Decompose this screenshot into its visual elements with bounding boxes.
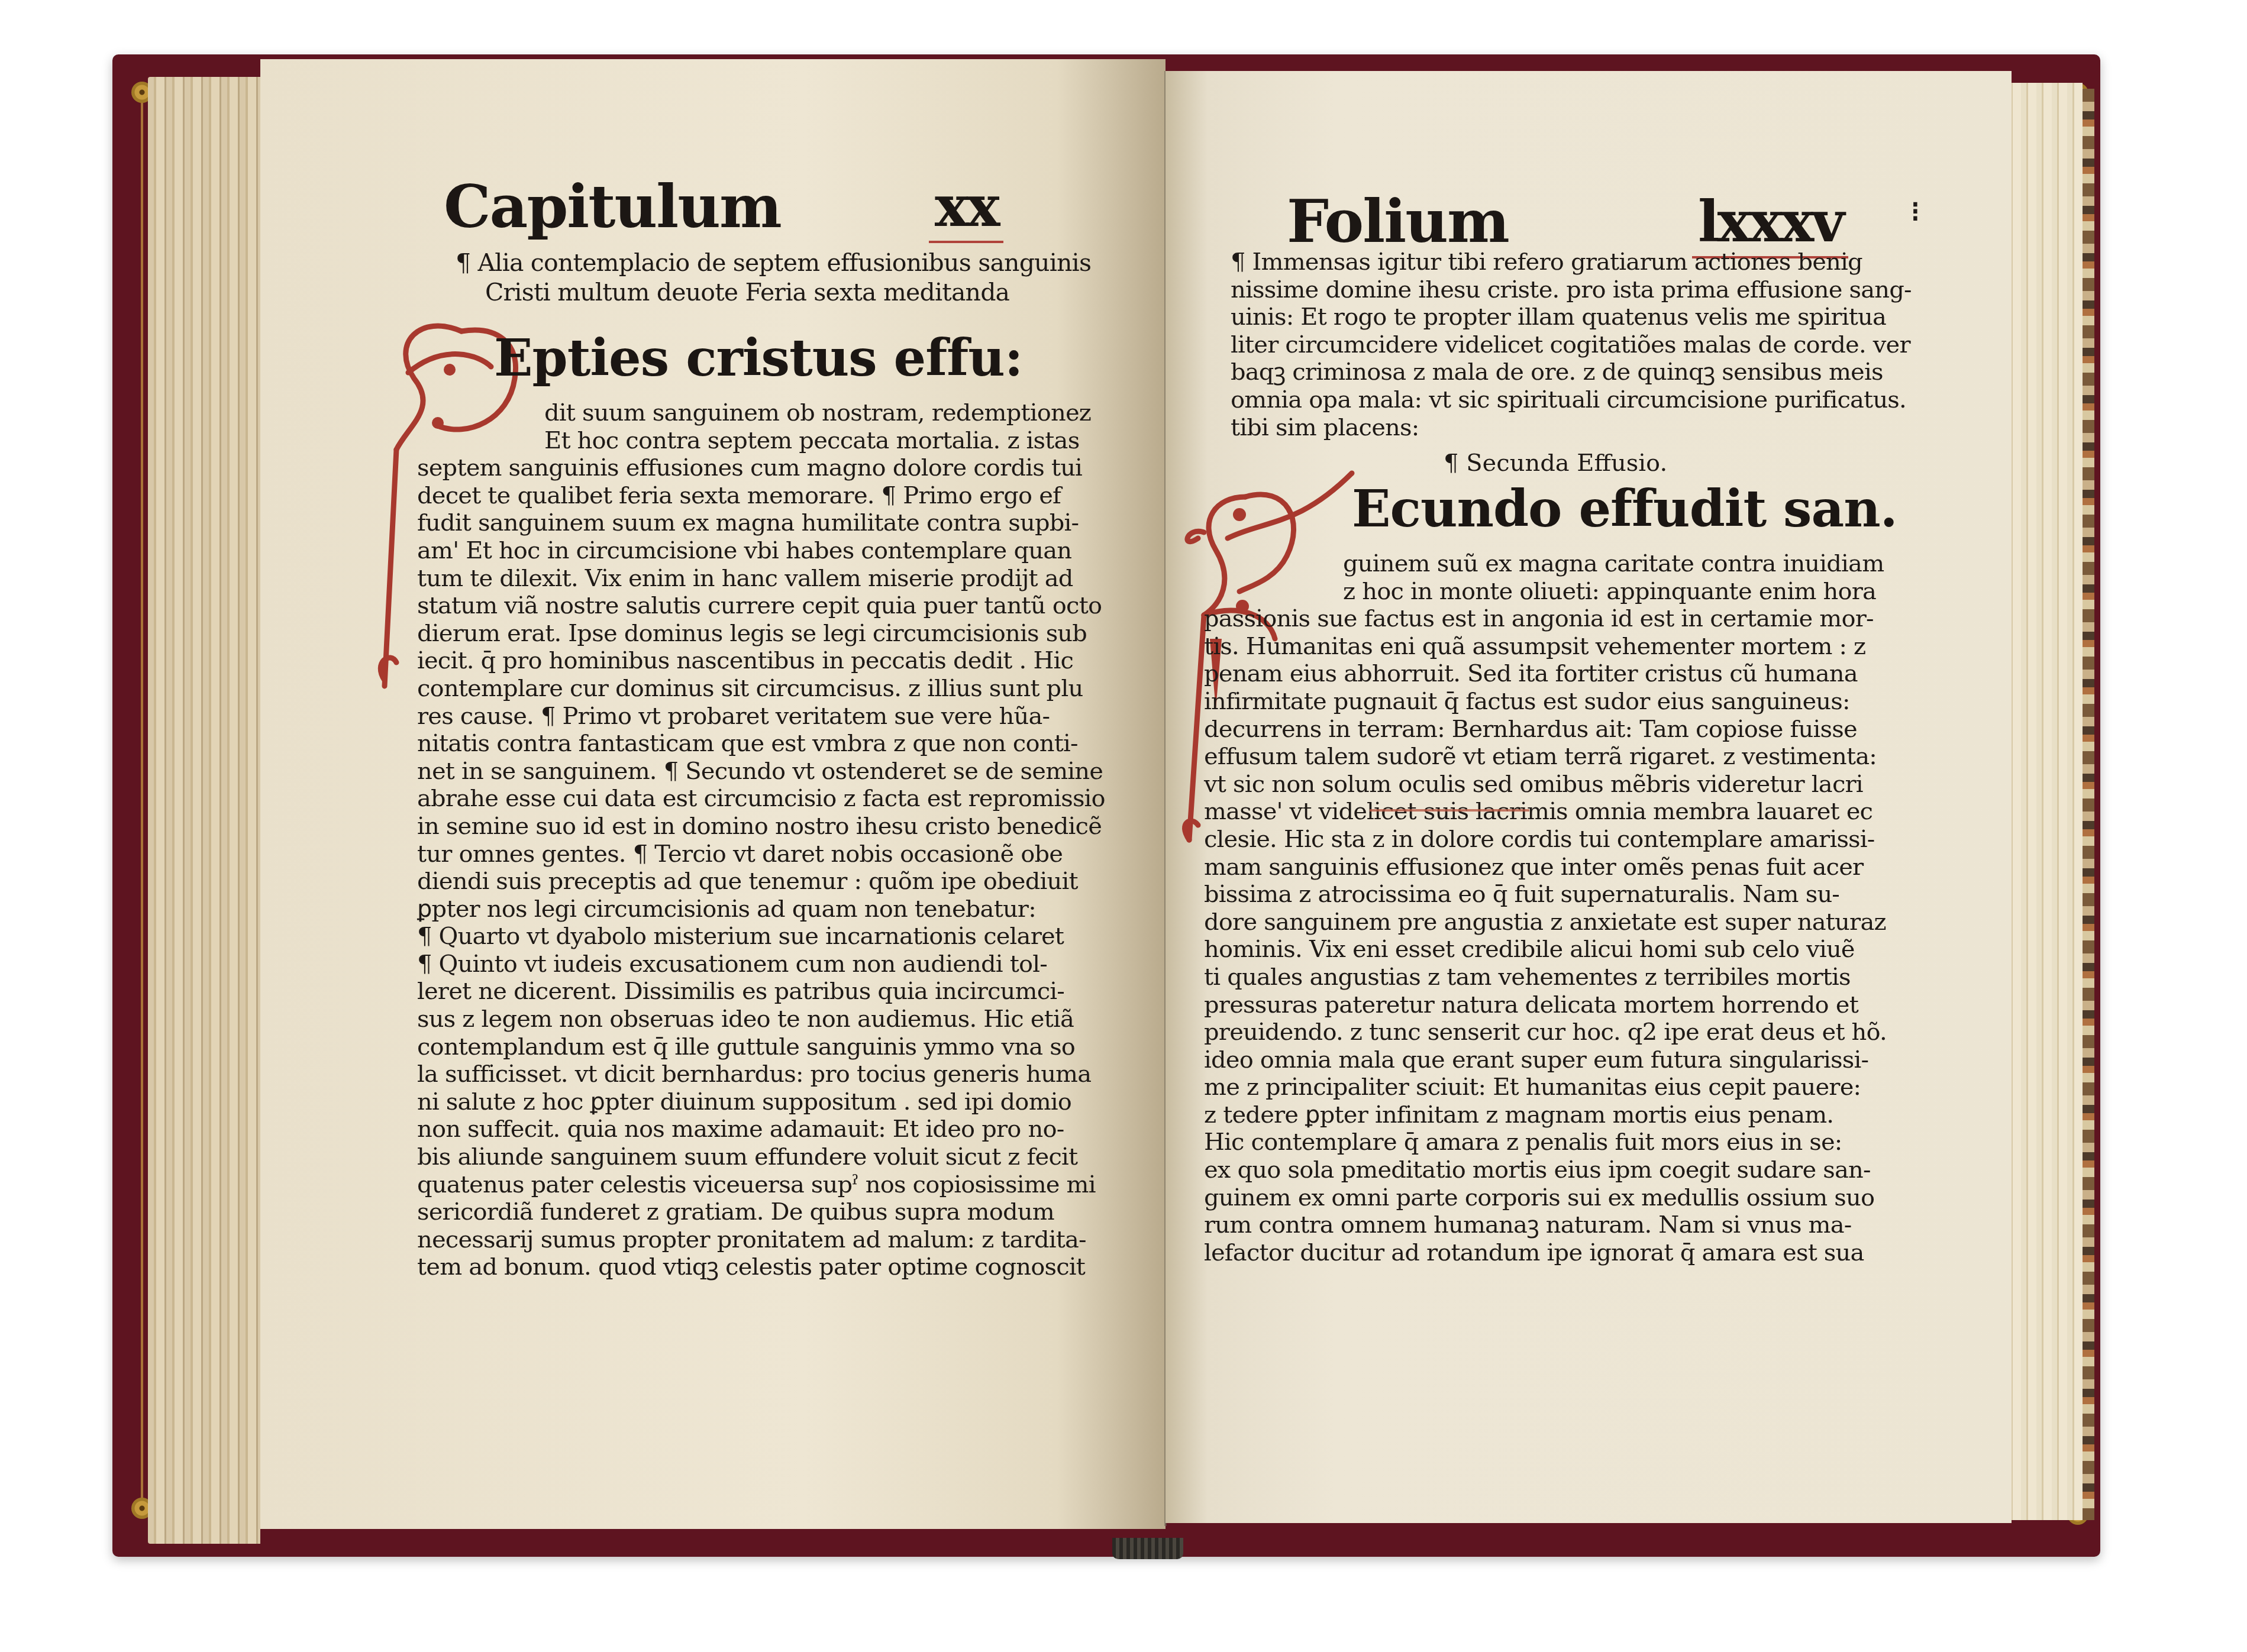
text-line: infirmitate pugnauit q̄ factus est sudor… xyxy=(1204,688,1887,716)
text-line: rum contra omnem humanaꝫ naturam. Nam si… xyxy=(1204,1211,1887,1239)
page-edges-right xyxy=(2006,83,2083,1520)
text-line: contemplandum est q̄ ille guttule sangui… xyxy=(417,1033,1105,1061)
text-line: Hic contemplare q̄ amara z penalis fuit … xyxy=(1204,1129,1887,1156)
text-line: sus z legem non obseruas ideo te non aud… xyxy=(417,1006,1105,1033)
text-line: decet te qualibet feria sexta memorare. … xyxy=(417,482,1105,510)
text-line: tis. Humanitas eni quã assumpsit vehemen… xyxy=(1204,633,1887,661)
folio-number: lxxxv xyxy=(1698,188,1842,255)
text-line: nitatis contra fantasticam que est vmbra… xyxy=(417,730,1105,758)
text-line: dierum erat. Ipse dominus legis se legi … xyxy=(417,620,1105,648)
text-line: leret ne dicerent. Dissimilis es patribu… xyxy=(417,978,1105,1006)
text-line: ¶ Immensas igitur tibi refero gratiarum … xyxy=(1231,248,1912,276)
text-line: contemplare cur dominus sit circumcisus.… xyxy=(417,675,1105,703)
page-edges-left xyxy=(148,77,260,1544)
body-text-left: dit suum sanguinem ob nostram, redemptio… xyxy=(417,399,1105,1281)
folio-number-text: lxxxv xyxy=(1698,188,1842,255)
chapter-subtitle-line-1: ¶ Alia contemplacio de septem effusionib… xyxy=(456,248,1091,277)
incipit-heading-left: Epties cristus effu: xyxy=(494,328,1023,388)
text-line: lefactor ducitur ad rotandum ipe ignorat… xyxy=(1204,1239,1887,1267)
text-line: la sufficisset. vt dicit bernhardus: pro… xyxy=(417,1061,1105,1088)
text-line: clesie. Hic sta z in dolore cordis tui c… xyxy=(1204,826,1887,854)
text-line: res cause. ¶ Primo vt probaret veritatem… xyxy=(417,703,1105,730)
body-text-right-main: guinem suũ ex magna caritate contra inui… xyxy=(1204,550,1887,1266)
text-line: Et hoc contra septem peccata mortalia. z… xyxy=(417,427,1105,455)
gilt-fillet-left xyxy=(130,84,143,1515)
incipit-heading-right: Ecundo effudit san. xyxy=(1352,479,1897,539)
text-line: vt sic non solum oculis sed omibus mẽbri… xyxy=(1204,771,1887,798)
chapter-subtitle-line-2: Cristi multum deuote Feria sexta meditan… xyxy=(485,278,1009,306)
text-line: tur omnes gentes. ¶ Tercio vt daret nobi… xyxy=(417,840,1105,868)
text-line: hominis. Vix eni esset credibile alicui … xyxy=(1204,936,1887,964)
text-line: non suffecit. quia nos maxime adamauit: … xyxy=(417,1116,1105,1143)
text-line: ni salute z hoc ꝑpter diuinum suppositum… xyxy=(417,1088,1105,1116)
spine-headband xyxy=(1112,1538,1183,1559)
text-line: mam sanguinis effusionez que inter omẽs … xyxy=(1204,854,1887,881)
signature-mark: ⁝ xyxy=(1911,195,1920,228)
text-line: fudit sanguinem suum ex magna humilitate… xyxy=(417,509,1105,537)
text-line: nissime domine ihesu criste. pro ista pr… xyxy=(1231,276,1912,304)
text-line: z tedere ꝑpter infinitam z magnam mortis… xyxy=(1204,1101,1887,1129)
text-line: ¶ Quarto vt dyabolo misterium sue incarn… xyxy=(417,923,1105,951)
text-line: guinem ex omni parte corporis sui ex med… xyxy=(1204,1184,1887,1212)
text-line: ¶ Quinto vt iudeis excusationem cum non … xyxy=(417,951,1105,978)
text-line: me z principaliter sciuit: Et humanitas … xyxy=(1204,1074,1887,1101)
body-text-right-top: ¶ Immensas igitur tibi refero gratiarum … xyxy=(1231,248,1912,441)
text-line: ex quo sola pmeditatio mortis eius ipm c… xyxy=(1204,1156,1887,1184)
text-line: decurrens in terram: Bernhardus ait: Tam… xyxy=(1204,716,1887,743)
text-line: ideo omnia mala que erant super eum futu… xyxy=(1204,1046,1887,1074)
text-line: effusum talem sudorẽ vt etiam terrã riga… xyxy=(1204,743,1887,771)
text-line: iecit. q̄ pro hominibus nascentibus in p… xyxy=(417,647,1105,675)
text-line: bissima z atrocissima eo q̄ fuit superna… xyxy=(1204,881,1887,909)
text-line: dit suum sanguinem ob nostram, redemptio… xyxy=(417,399,1105,427)
text-line: tem ad bonum. quod vtiqꝫ celestis pater … xyxy=(417,1253,1105,1281)
marbled-endpaper xyxy=(2083,89,2094,1520)
chapter-number: xx xyxy=(935,173,997,240)
text-line: passionis sue factus est in angonia id e… xyxy=(1204,605,1887,633)
text-line: tibi sim placens: xyxy=(1231,414,1912,442)
text-line: sericordiã funderet z gratiam. De quibus… xyxy=(417,1198,1105,1226)
running-head-right: Folium xyxy=(1287,186,1509,256)
text-line: pressuras pateretur natura delicata mort… xyxy=(1204,991,1887,1019)
text-line: omnia opa mala: vt sic spirituali circum… xyxy=(1231,386,1912,414)
rubric-underline-bernhardus xyxy=(1370,809,1529,812)
text-line: preuidendo. z tunc senserit cur hoc. q2 … xyxy=(1204,1019,1887,1046)
rubric-underline xyxy=(929,241,1003,243)
text-line: septem sanguinis effusiones cum magno do… xyxy=(417,454,1105,482)
text-line: guinem suũ ex magna caritate contra inui… xyxy=(1204,550,1887,578)
text-line: baqꝫ criminosa z mala de ore. z de quinq… xyxy=(1231,358,1912,386)
text-line: bis aliunde sanguinem suum effundere vol… xyxy=(417,1143,1105,1171)
chapter-number-text: xx xyxy=(935,173,997,240)
text-line: penam eius abhorruit. Sed ita fortiter c… xyxy=(1204,660,1887,688)
text-line: in semine suo id est in domino nostro ih… xyxy=(417,813,1105,840)
left-page: Capitulum xx ¶ Alia contemplacio de sept… xyxy=(260,59,1166,1529)
text-line: dore sanguinem pre angustia z anxietate … xyxy=(1204,909,1887,936)
right-page: Folium lxxxv ⁝ ¶ Immensas igitur tibi re… xyxy=(1166,71,2012,1523)
text-line: quatenus pater celestis viceuersa supˀ n… xyxy=(417,1171,1105,1199)
text-line: necessarij sumus propter pronitatem ad m… xyxy=(417,1226,1105,1254)
running-head-left: Capitulum xyxy=(444,172,781,241)
text-line: tum te dilexit. Vix enim in hanc vallem … xyxy=(417,565,1105,593)
text-line: ꝑpter nos legi circumcisionis ad quam no… xyxy=(417,895,1105,923)
text-line: diendi suis preceptis ad que tenemur : q… xyxy=(417,868,1105,895)
text-line: statum viã nostre salutis currere cepit … xyxy=(417,592,1105,620)
text-line: am' Et hoc in circumcisione vbi habes co… xyxy=(417,537,1105,565)
text-line: net in se sanguinem. ¶ Secundo vt ostend… xyxy=(417,758,1105,785)
text-line: masse' vt videlicet suis lacrimis omnia … xyxy=(1204,798,1887,826)
text-line: abrahe esse cui data est circumcisio z f… xyxy=(417,785,1105,813)
text-line: z hoc in monte oliueti: appinquante enim… xyxy=(1204,578,1887,606)
text-line: uinis: Et rogo te propter illam quatenus… xyxy=(1231,303,1912,331)
text-line: liter circumcidere videlicet cogitatiões… xyxy=(1231,331,1912,359)
text-line: ti quales angustias z tam vehementes z t… xyxy=(1204,964,1887,991)
section-heading: ¶ Secunda Effusio. xyxy=(1444,450,1667,477)
